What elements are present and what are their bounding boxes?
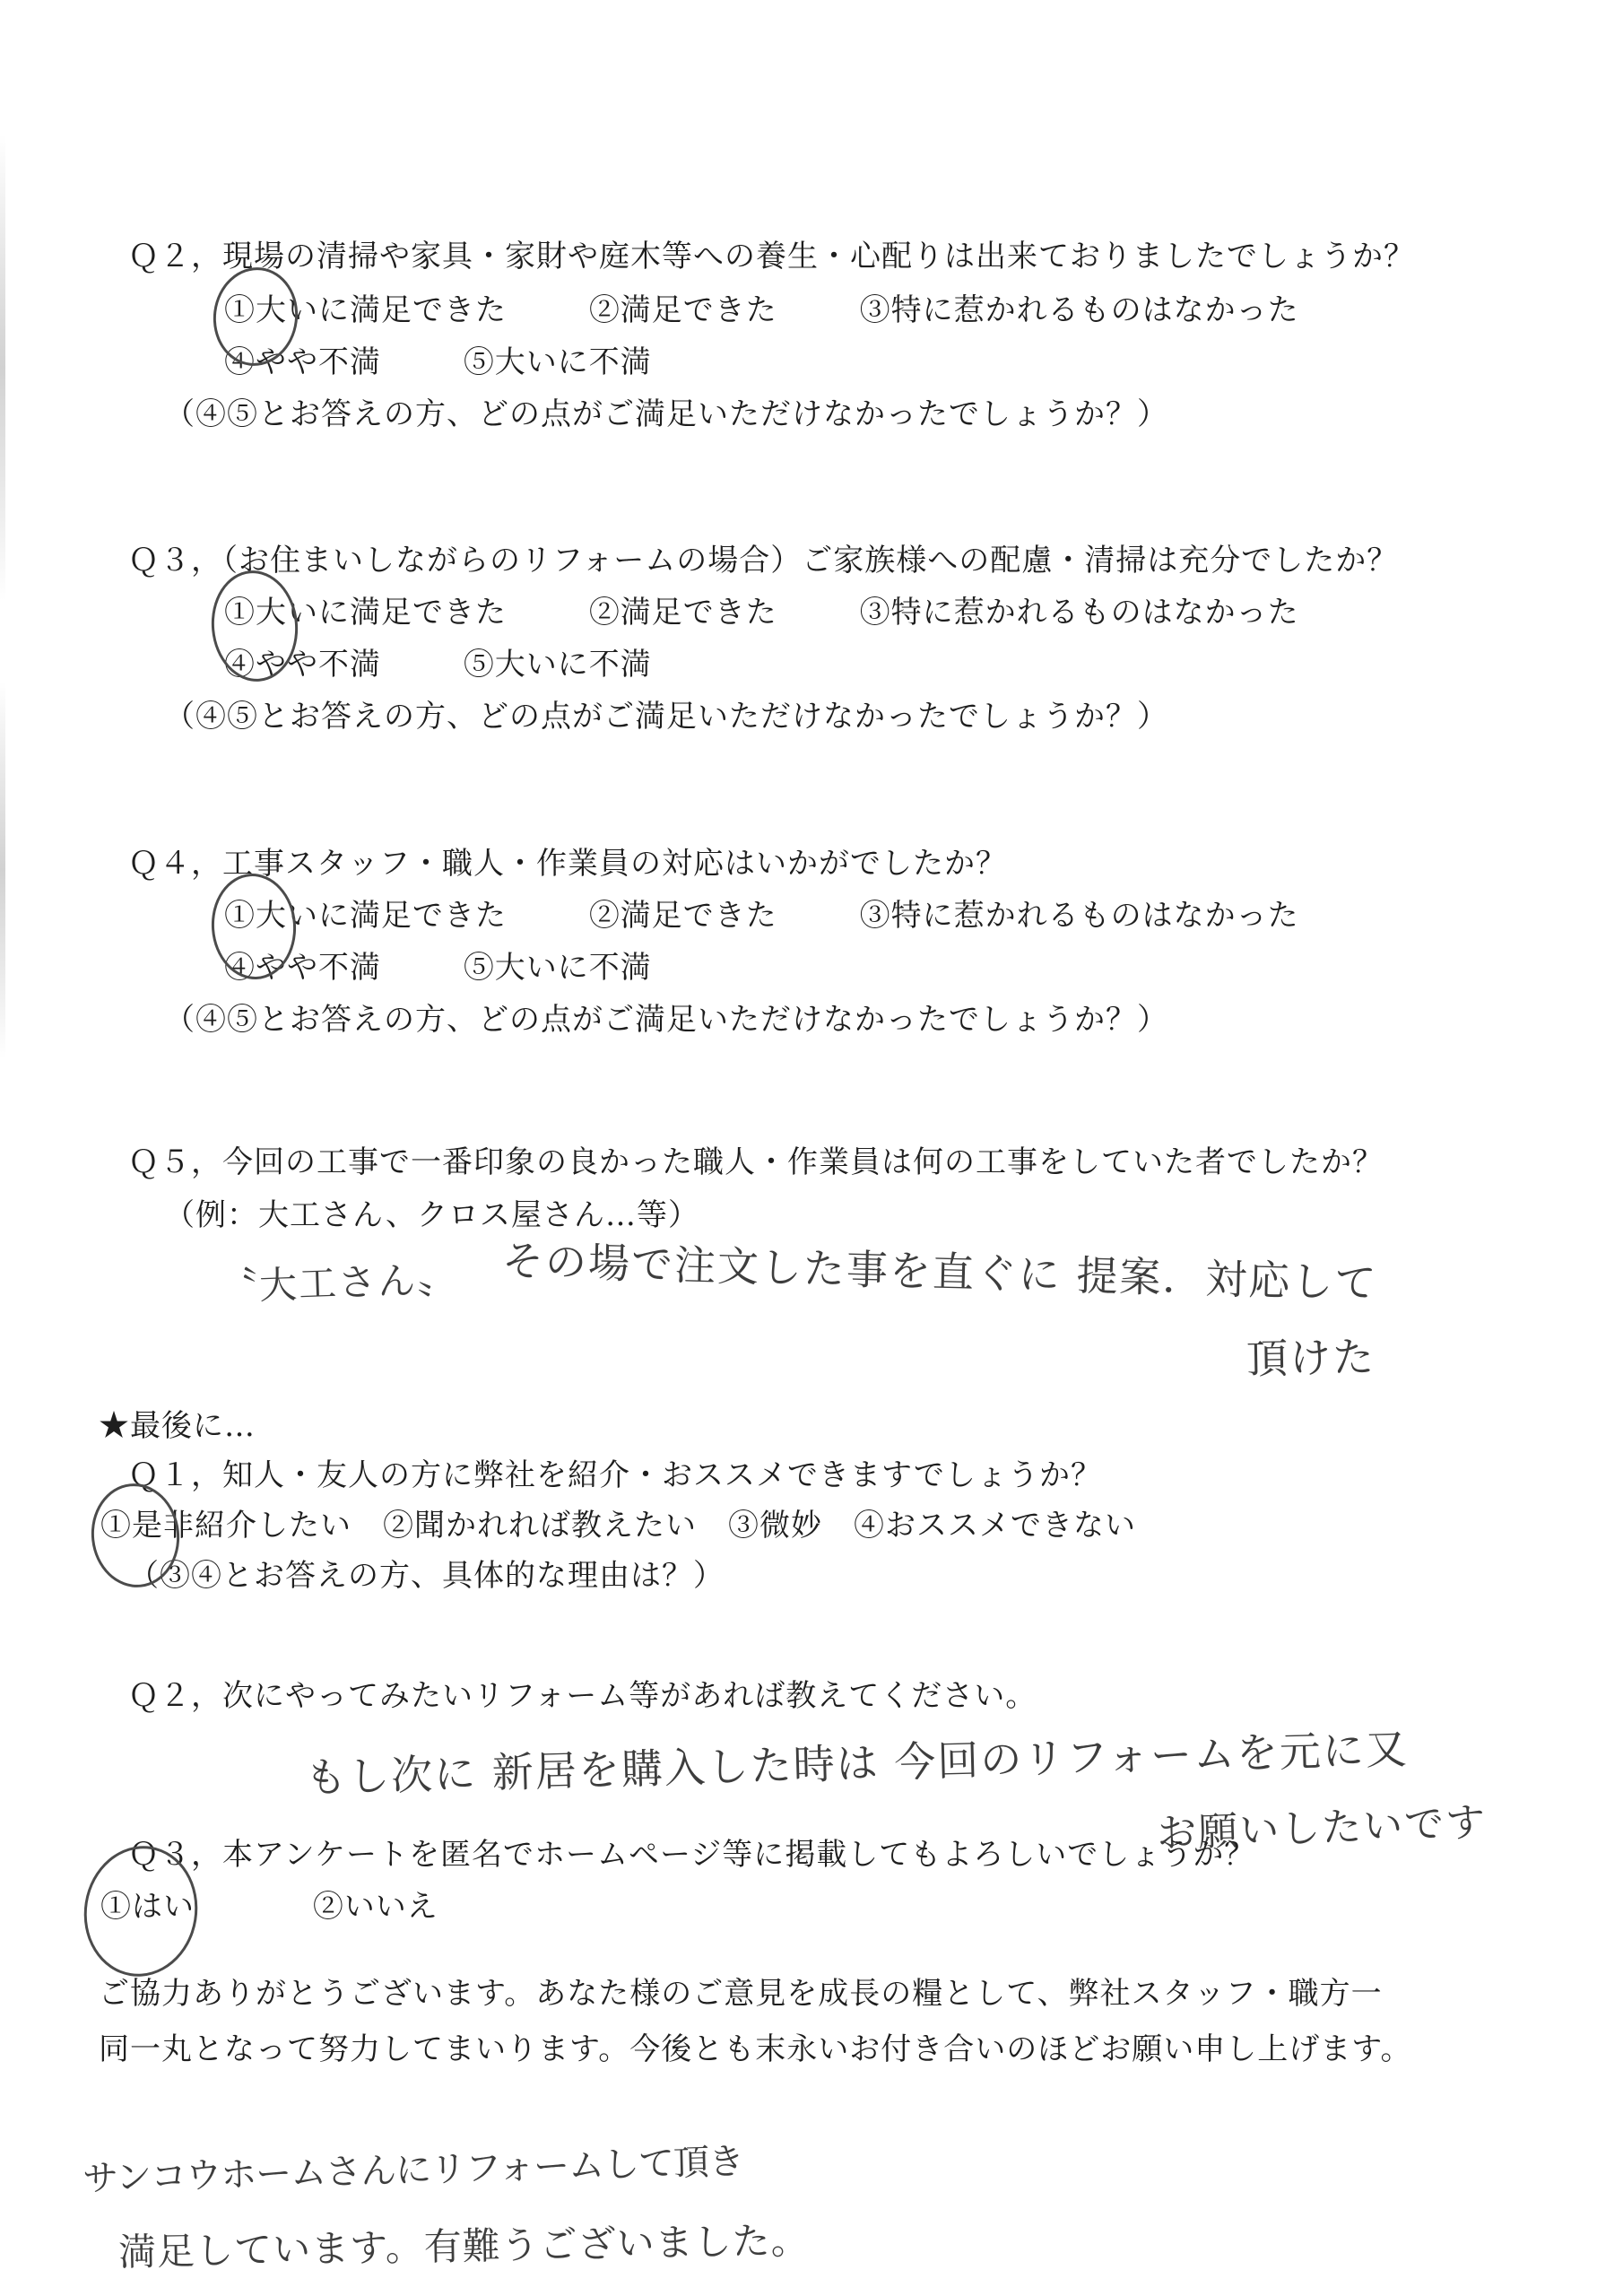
scan-artifact	[0, 682, 5, 1058]
q3-option-2: ②満足できた	[589, 587, 777, 631]
q5-question: Ｑ５，今回の工事で一番印象の良かった職人・作業員は何の工事をしていた者でしたか？	[128, 1137, 1384, 1181]
q5-handwritten-answer-part3: 頂けた	[1245, 1325, 1376, 1387]
final-q2-handwritten-answer-line1: もし次に 新居を購入した時は 今回のリフォームを元に又	[304, 1717, 1409, 1805]
q4-option-5: ⑤大いに不満	[464, 943, 652, 987]
closing-line1: ご協力ありがとうございます。あなた様のご意見を成長の糧として、弊社スタッフ・職方…	[99, 1969, 1383, 2013]
q4-option-2: ②満足できた	[589, 891, 777, 935]
final-heading: ★最後に…	[99, 1401, 256, 1445]
final-q1-note: （③④とお答えの方、具体的な理由は？）	[128, 1551, 725, 1595]
q3-option-5: ⑤大いに不満	[464, 639, 652, 683]
scan-artifact	[0, 135, 5, 601]
bottom-handwritten-note-line1: サンコウホームさんにリフォームして頂き	[82, 2133, 743, 2201]
final-q2-question: Ｑ２，次にやってみたいリフォーム等があれば教えてください。	[128, 1671, 1037, 1715]
q3-note: （④⑤とお答えの方、どの点がご満足いただけなかったでしょうか？）	[164, 691, 1168, 735]
q2-option-3: ③特に惹かれるものはなかった	[860, 285, 1299, 329]
q3-options-row1: ①大いに満足できた ②満足できた ③特に惹かれるものはなかった	[224, 587, 1299, 631]
scanned-survey-page: Ｑ２，現場の清掃や家具・家財や庭木等への養生・心配りは出来ておりましたでしょうか…	[0, 0, 1623, 2296]
q2-question: Ｑ２，現場の清掃や家具・家財や庭木等への養生・心配りは出来ておりましたでしょうか…	[128, 231, 1415, 275]
q2-note: （④⑤とお答えの方、どの点がご満足いただけなかったでしょうか？）	[164, 389, 1168, 433]
q2-option-5: ⑤大いに不満	[464, 337, 652, 381]
q2-option-2: ②満足できた	[589, 285, 777, 329]
q3-option-3: ③特に惹かれるものはなかった	[860, 587, 1299, 631]
final-q1-options: ①是非紹介したい ②聞かれれば教えたい ③微妙 ④おススメできない	[100, 1500, 1136, 1544]
q2-options-row1: ①大いに満足できた ②満足できた ③特に惹かれるものはなかった	[224, 285, 1299, 329]
q4-option-3: ③特に惹かれるものはなかった	[860, 891, 1299, 935]
q5-example: （例：大工さん、クロス屋さん…等）	[164, 1190, 699, 1234]
closing-line2: 同一丸となって努力してまいります。今後とも末永いお付き合いのほどお願い申し上げま…	[99, 2024, 1412, 2068]
q5-handwritten-answer-part2: その場で注文した事を直ぐに 提案．対応して	[501, 1228, 1378, 1310]
final-q1-question: Ｑ１，知人・友人の方に弊社を紹介・おススメできますでしょうか？	[128, 1450, 1102, 1494]
q3-question: Ｑ３，（お住まいしながらのリフォームの場合）ご家族様への配慮・清掃は充分でしたか…	[128, 535, 1398, 579]
q4-options-row1: ①大いに満足できた ②満足できた ③特に惹かれるものはなかった	[224, 891, 1299, 935]
final-q3-option-2: ②いいえ	[313, 1882, 438, 1926]
bottom-handwritten-note-line2: 満足しています。有難うございました。	[118, 2211, 811, 2276]
q5-handwritten-answer-part1: 〝大工さん〟	[219, 1249, 457, 1311]
final-q3-question: Ｑ３，本アンケートを匿名でホームページ等に掲載してもよろしいでしょうか？	[128, 1830, 1255, 1874]
q4-note: （④⑤とお答えの方、どの点がご満足いただけなかったでしょうか？）	[164, 995, 1168, 1039]
